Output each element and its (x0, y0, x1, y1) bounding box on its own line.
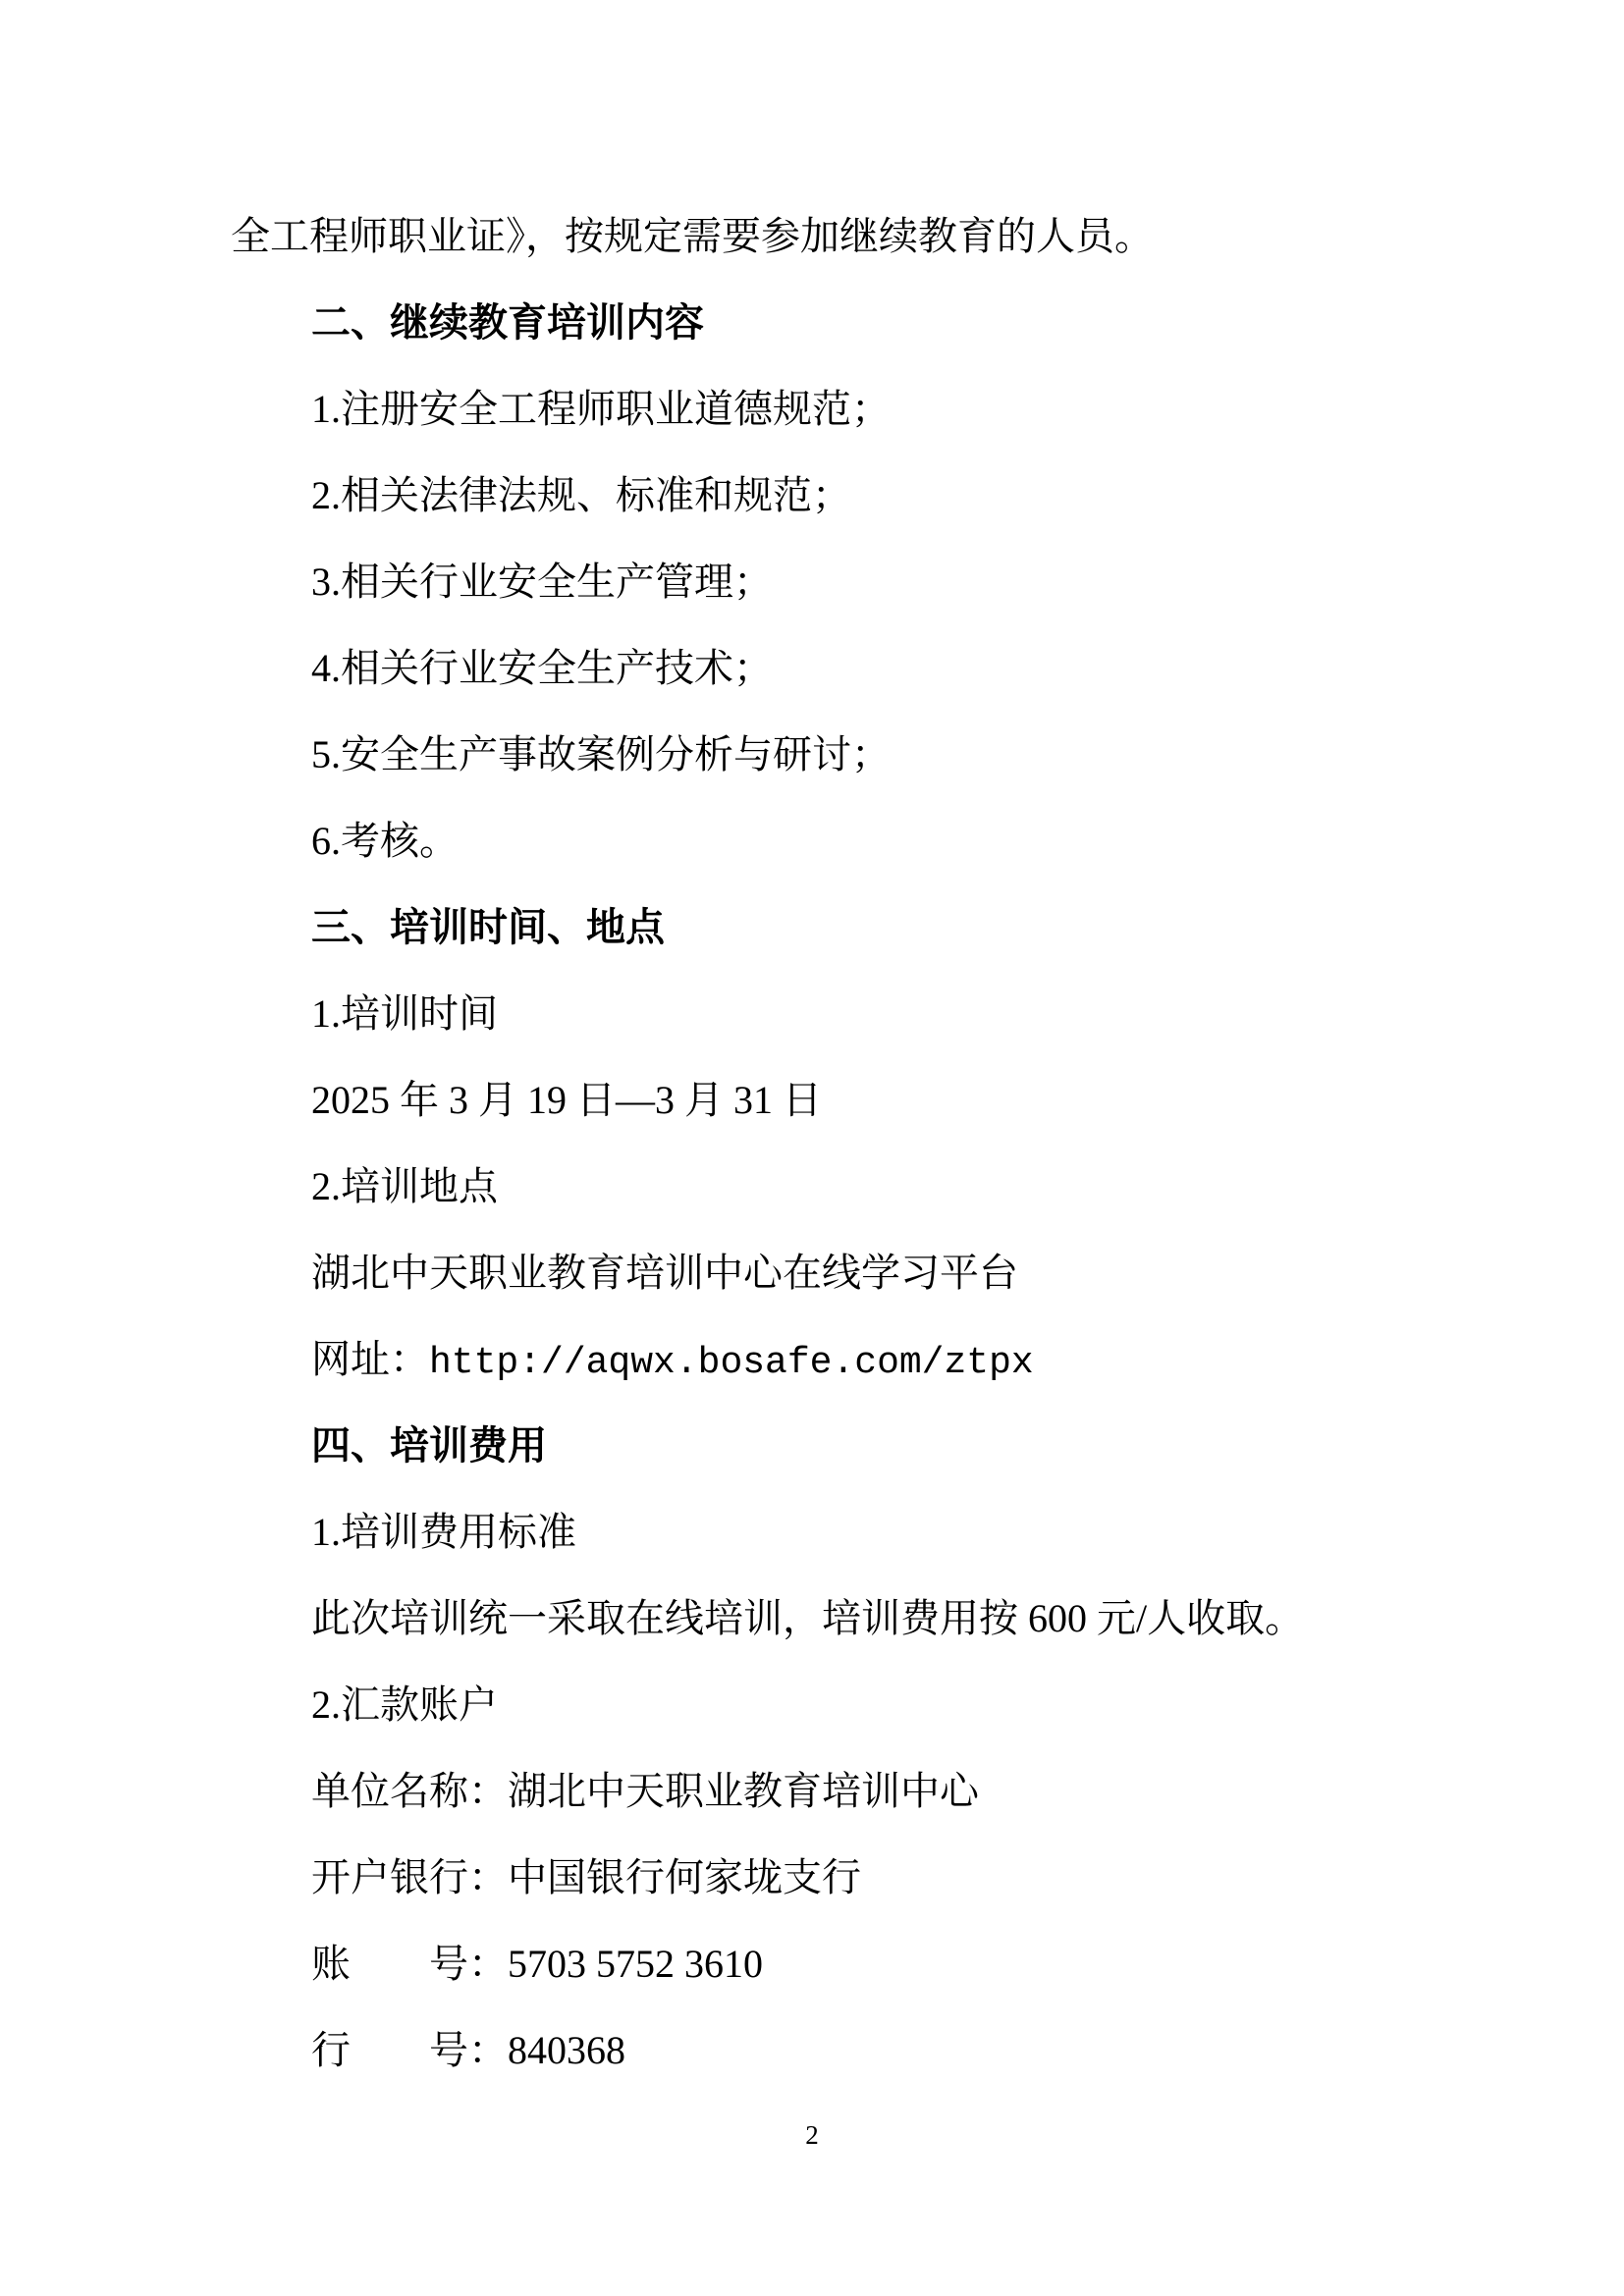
paragraph: 2.培训地点 (231, 1144, 1566, 1230)
paragraph: 账 号：5703 5752 3610 (231, 1921, 1566, 2007)
document-page: 全工程师职业证》，按规定需要参加继续教育的人员。二、继续教育培训内容1.注册安全… (0, 0, 1624, 2296)
label-text: 网址： (311, 1337, 429, 1381)
paragraph: 1.培训时间 (231, 971, 1566, 1057)
paragraph: 湖北中天职业教育培训中心在线学习平台 (231, 1230, 1566, 1316)
paragraph: 1.培训费用标准 (231, 1489, 1566, 1575)
paragraph: 网址：http://aqwx.bosafe.com/ztpx (231, 1316, 1566, 1403)
paragraph: 2.汇款账户 (231, 1662, 1566, 1748)
section-heading: 二、继续教育培训内容 (231, 280, 1566, 366)
section-heading: 三、培训时间、地点 (231, 884, 1566, 971)
paragraph: 4.相关行业安全生产技术； (231, 625, 1566, 712)
paragraph: 单位名称：湖北中天职业教育培训中心 (231, 1748, 1566, 1835)
paragraph: 行 号：840368 (231, 2007, 1566, 2094)
page-number: 2 (0, 2120, 1624, 2150)
paragraph: 此次培训统一采取在线培训，培训费用按 600 元/人收取。 (231, 1575, 1566, 1662)
paragraph: 3.相关行业安全生产管理； (231, 539, 1566, 625)
paragraph: 5.安全生产事故案例分析与研讨； (231, 712, 1566, 798)
url-text: http://aqwx.bosafe.com/ztpx (429, 1342, 1034, 1384)
paragraph: 6.考核。 (231, 798, 1566, 884)
paragraph: 全工程师职业证》，按规定需要参加继续教育的人员。 (231, 193, 1566, 280)
paragraph: 1.注册安全工程师职业道德规范； (231, 366, 1566, 453)
paragraph: 2.相关法律法规、标准和规范； (231, 453, 1566, 539)
section-heading: 四、培训费用 (231, 1403, 1566, 1489)
paragraph: 开户银行：中国银行何家垅支行 (231, 1835, 1566, 1921)
paragraph: 2025 年 3 月 19 日—3 月 31 日 (231, 1057, 1566, 1144)
document-body: 全工程师职业证》，按规定需要参加继续教育的人员。二、继续教育培训内容1.注册安全… (231, 193, 1566, 2094)
